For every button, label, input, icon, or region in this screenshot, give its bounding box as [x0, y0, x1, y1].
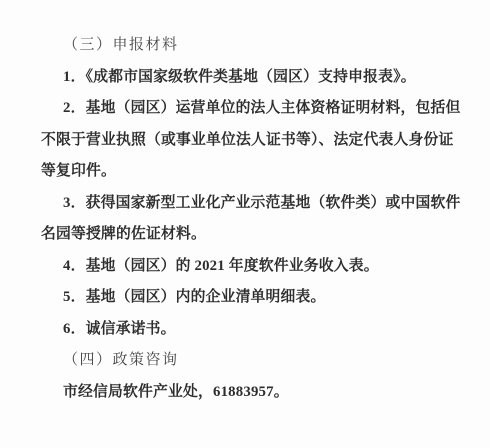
item-2-line-2: 不限于营业执照（或事业单位法人证书等）、法定代表人身份证: [41, 125, 460, 157]
item-2-line-3: 等复印件。: [41, 156, 460, 188]
item-2-line-1: 2．基地（园区）运营单位的法人主体资格证明材料，包括但: [41, 93, 460, 125]
item-3-line-1: 3．获得国家新型工业化产业示范基地（软件类）或中国软件: [41, 188, 460, 220]
contact-line: 市经信局软件产业处，61883957。: [41, 377, 460, 409]
section-4-heading: （四）政策咨询: [41, 345, 460, 377]
item-3-line-2: 名园等授牌的佐证材料。: [41, 219, 460, 251]
item-6-line: 6．诚信承诺书。: [41, 314, 460, 346]
document-page: （三）申报材料 1．《成都市国家级软件类基地（园区）支持申报表》。 2．基地（园…: [0, 0, 490, 448]
section-3-heading: （三）申报材料: [41, 30, 460, 62]
item-5-line: 5．基地（园区）内的企业清单明细表。: [41, 282, 460, 314]
item-4-line: 4．基地（园区）的 2021 年度软件业务收入表。: [41, 251, 460, 283]
item-1-line: 1．《成都市国家级软件类基地（园区）支持申报表》。: [41, 62, 460, 94]
